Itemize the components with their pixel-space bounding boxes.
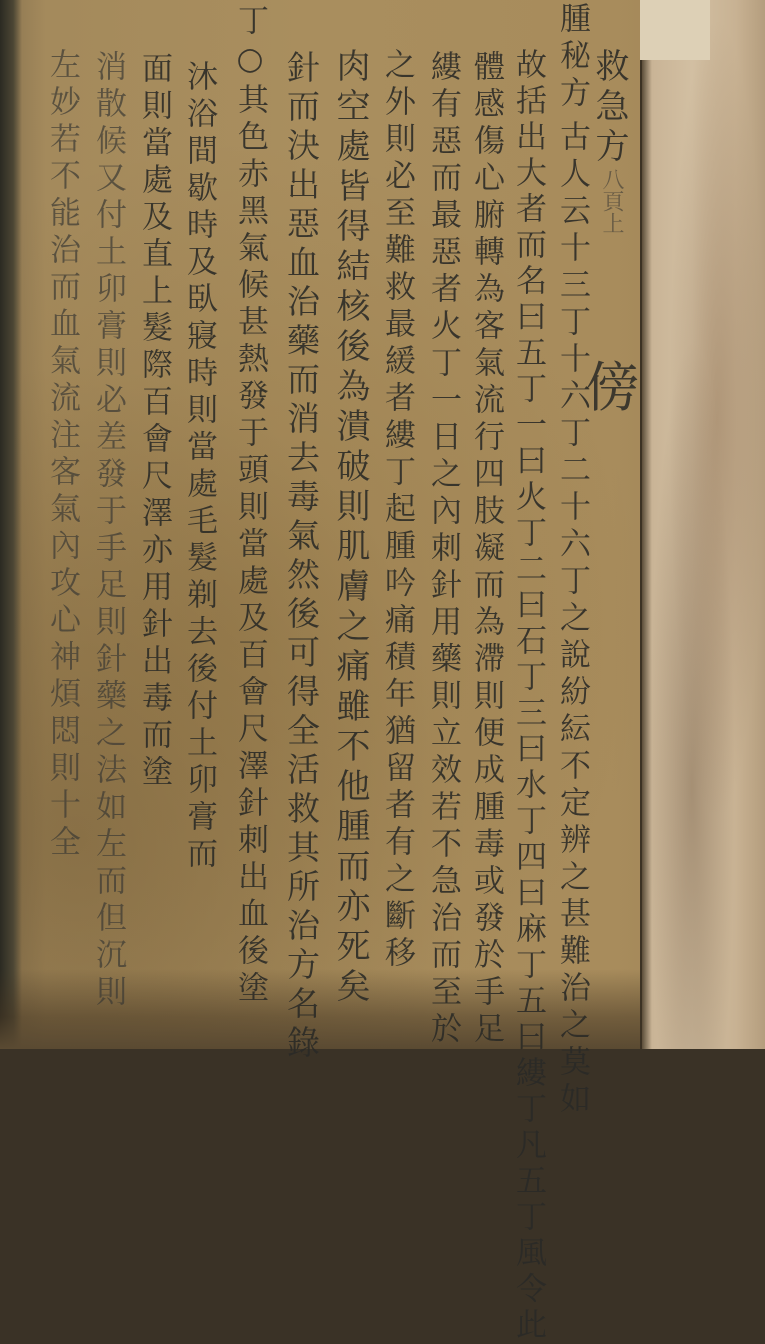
text-column-4: 縷有惡而最惡者火丁一日之內刺針用藥則立效若不急治而至於 — [427, 50, 458, 1049]
text-column-2: 故括出大者而名曰五丁一曰火丁二曰石丁三曰水丁四曰麻丁五曰縷丁凡五丁風令此 — [512, 48, 543, 1049]
marginal-character: 傍 — [585, 345, 639, 422]
manuscript-page: 救急方 八頁上 傍 腫秘方 古人云十三丁十六丁二十六丁之說紛紜不定辨之甚難治之莫… — [0, 0, 765, 1049]
heading-left: 腫秘方 — [556, 2, 587, 113]
adjacent-folded-page — [640, 0, 765, 1049]
paper-tab — [640, 0, 710, 60]
text-column-3: 體感傷心腑轉為客氣流行四肢凝而為滯則便成腫毒或發於手足 — [470, 50, 501, 1049]
text-column-9: 沐浴間歇時及臥寢時則當處毛髮剃去後付土卯膏而 — [183, 60, 214, 874]
text-column-12: 左妙若不能治而血氣流注客氣內攻心神煩悶則十全 — [46, 48, 77, 862]
title-annotation: 八頁上 — [596, 168, 627, 234]
text-column-8: 丁○其色赤黑氣候甚熱發于頭則當處及百會尺澤針刺出血後塗 — [234, 4, 265, 1008]
text-column-11: 消散候又付土卯膏則必差發于手足則針藥之法如左而但沉則 — [92, 50, 123, 1012]
text-column-10: 面則當處及直上髮際百會尺澤亦用針出毒而塗 — [138, 52, 169, 792]
section-title: 救急方 — [592, 48, 626, 168]
page-left-binding-edge — [0, 0, 22, 1049]
text-column-5: 之外則必至難救最緩者縷丁起腫吟痛積年猶留者有之斷移 — [381, 48, 412, 973]
text-column-1: 古人云十三丁十六丁二十六丁之說紛紜不定辨之甚難治之莫如 — [556, 120, 587, 1049]
text-column-7: 針而決出惡血治藥而消去毒氣然後可得全活救其所治方名錄 — [285, 50, 318, 1049]
text-column-6: 肉空處皆得結核後為潰破則肌膚之痛雖不他腫而亦死矣 — [333, 48, 367, 1008]
